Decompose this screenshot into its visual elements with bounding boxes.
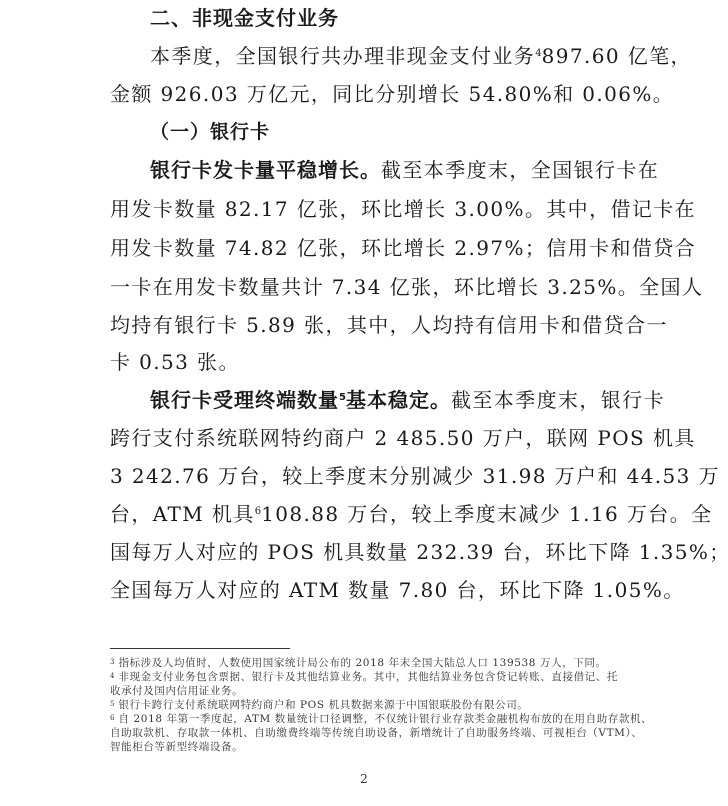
cards-line-2: 用发卡数量 82.17 亿张，环比增长 3.00%。其中，借记卡在	[110, 195, 632, 223]
footnote-ref-5[interactable]: 5	[339, 392, 346, 403]
cards-lead-sentence: 银行卡发卡量平稳增长。	[150, 158, 381, 182]
terminals-text: 台，ATM 机具	[110, 502, 255, 526]
terminals-line-2: 跨行支付系统联网特约商户 2 485.50 万户，联网 POS 机具	[110, 424, 632, 452]
page-number: 2	[0, 772, 728, 786]
cards-line-3: 用发卡数量 74.82 亿张，环比增长 2.97%；信用卡和借贷合	[110, 234, 632, 262]
terminals-line-6: 全国每万人对应的 ATM 数量 7.80 台，环比下降 1.05%。	[110, 576, 632, 604]
footnote-text: 自 2018 年第一季度起，ATM 数量统计口径调整，不仅统计银行业存款类金融机…	[118, 713, 652, 725]
footnote-text: 银行卡跨行支付系统联网特约商户和 POS 机具数据来源于中国银联股份有限公司。	[118, 699, 528, 711]
footnote-3: 3指标涉及人均值时，人数使用国家统计局公布的 2018 年末全国大陆总人口 13…	[110, 656, 630, 670]
footnote-number: 3	[110, 658, 114, 666]
cards-line-6: 卡 0.53 张。	[110, 348, 632, 376]
intro-line-1: 本季度，全国银行共办理非现金支付业务4897.60 亿笔，	[150, 42, 632, 70]
footnote-separator	[110, 648, 290, 649]
section-heading: 二、非现金支付业务	[150, 4, 632, 32]
terminals-lead-post: 基本稳定。	[346, 388, 451, 412]
terminals-line-1: 银行卡受理终端数量5基本稳定。截至本季度末，银行卡	[150, 386, 632, 414]
footnote-5: 5银行卡跨行支付系统联网特约商户和 POS 机具数据来源于中国银联股份有限公司。	[110, 698, 630, 712]
cards-text: 截至本季度末，全国银行卡在	[381, 158, 659, 182]
cards-line-1: 银行卡发卡量平稳增长。截至本季度末，全国银行卡在	[150, 156, 632, 184]
footnote-6-cont-1: 自助取款机、存取款一体机、自助缴费终端等传统自助设备，新增统计了自助服务终端、可…	[110, 726, 630, 740]
footnote-6: 6自 2018 年第一季度起，ATM 数量统计口径调整，不仅统计银行业存款类金融…	[110, 712, 630, 726]
footnote-ref-6[interactable]: 6	[255, 506, 261, 517]
footnote-number: 6	[110, 714, 114, 722]
footnote-4-cont: 收承付及国内信用证业务。	[110, 684, 630, 698]
terminals-lead-sentence: 银行卡受理终端数量5基本稳定。	[150, 388, 451, 412]
terminals-text: 108.88 万台，较上季度末减少 1.16 万台。全	[261, 502, 712, 526]
footnote-number: 4	[110, 672, 114, 680]
cards-line-4: 一卡在用发卡数量共计 7.34 亿张，环比增长 3.25%。全国人	[110, 273, 632, 301]
terminals-line-3: 3 242.76 万台，较上季度末分别减少 31.98 万户和 44.53 万	[110, 462, 632, 490]
subsection-heading: （一）银行卡	[150, 118, 632, 146]
intro-line-2: 金额 926.03 万亿元，同比分别增长 54.80%和 0.06%。	[110, 80, 632, 108]
footnote-text: 非现金支付业务包含票据、银行卡及其他结算业务。其中，其他结算业务包含贷记转账、直…	[118, 671, 618, 683]
footnote-number: 5	[110, 700, 114, 708]
footnote-6-cont-2: 智能柜台等新型终端设备。	[110, 740, 630, 754]
footnote-text: 指标涉及人均值时，人数使用国家统计局公布的 2018 年末全国大陆总人口 139…	[118, 657, 606, 669]
terminals-text: 截至本季度末，银行卡	[451, 388, 665, 412]
intro-text: 897.60 亿笔，	[542, 44, 692, 68]
intro-text: 本季度，全国银行共办理非现金支付业务	[150, 44, 535, 68]
terminals-line-4: 台，ATM 机具6108.88 万台，较上季度末减少 1.16 万台。全	[110, 500, 632, 528]
cards-line-5: 均持有银行卡 5.89 张，其中，人均持有信用卡和借贷合一	[110, 311, 632, 339]
terminals-line-5: 国每万人对应的 POS 机具数量 232.39 台，环比下降 1.35%；	[110, 538, 632, 566]
terminals-lead-pre: 银行卡受理终端数量	[150, 388, 339, 412]
footnote-ref-4[interactable]: 4	[535, 48, 541, 59]
footnote-4: 4非现金支付业务包含票据、银行卡及其他结算业务。其中，其他结算业务包含贷记转账、…	[110, 670, 630, 684]
